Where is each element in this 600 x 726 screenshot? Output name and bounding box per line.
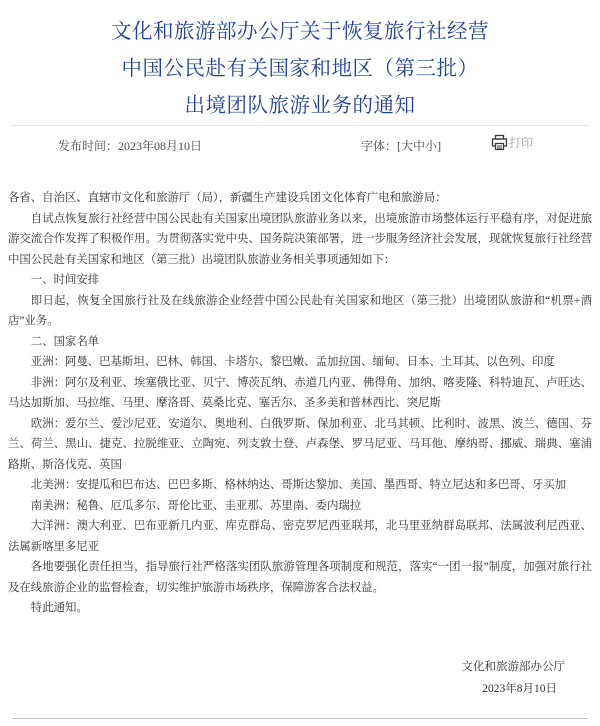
publish-time-label: 发布时间： (58, 139, 118, 153)
publish-time: 发布时间：2023年08月10日 (58, 137, 202, 154)
title-line-1: 文化和旅游部办公厅关于恢复旅行社经营 (0, 14, 600, 51)
font-size-medium-link[interactable]: 中 (413, 139, 425, 153)
closing-line: 特此通知。 (8, 598, 592, 619)
country-list-africa: 非洲：阿尔及利亚、埃塞俄比亚、贝宁、博茨瓦纳、赤道几内亚、佛得角、加纳、喀麦隆、… (8, 373, 592, 414)
print-button-label: 打印 (509, 134, 533, 151)
bottom-divider (12, 718, 588, 719)
print-button[interactable]: 打印 (491, 134, 533, 151)
font-size-small-link[interactable]: 小 (425, 139, 437, 153)
paragraph-requirements: 各地要强化责任担当，指导旅行社严格落实团队旅游管理各项制度和规范，落实“一团一报… (8, 557, 592, 598)
paragraph-intro: 自试点恢复旅行社经营中国公民赴有关国家出境团队旅游业务以来，出境旅游市场整体运行… (8, 209, 592, 271)
signature-date: 2023年8月10日 (0, 678, 600, 700)
publish-time-value: 2023年08月10日 (118, 139, 202, 153)
printer-icon (491, 134, 508, 151)
country-list-oceania: 大洋洲：澳大利亚、巴布亚新几内亚、库克群岛、密克罗尼西亚联邦，北马里亚纳群岛联邦… (8, 516, 592, 557)
section-1-heading: 一、时间安排 (8, 270, 592, 291)
section-2-heading: 二、国家名单 (8, 332, 592, 353)
font-size-label: 字体： (361, 139, 397, 153)
font-size-bracket-close: ] (437, 139, 441, 153)
country-list-europe: 欧洲：爱尔兰、爱沙尼亚、安道尔、奥地利、白俄罗斯、保加利亚、北马其顿、比利时、波… (8, 414, 592, 476)
country-list-south-america: 南美洲：秘鲁、厄瓜多尔、哥伦比亚、圭亚那、苏里南、委内瑞拉 (8, 496, 592, 517)
page-title: 文化和旅游部办公厅关于恢复旅行社经营 中国公民赴有关国家和地区（第三批） 出境团… (0, 0, 600, 125)
font-size-control: 字体：[大中小] (361, 137, 441, 154)
section-1-text: 即日起，恢复全国旅行社及在线旅游企业经营中国公民赴有关国家和地区（第三批）出境团… (8, 291, 592, 332)
country-list-asia: 亚洲：阿曼、巴基斯坦、巴林、韩国、卡塔尔、黎巴嫩、孟加拉国、缅甸、日本、土耳其、… (8, 352, 592, 373)
meta-bar: 发布时间：2023年08月10日 字体：[大中小] 打印 (0, 126, 600, 166)
title-line-2: 中国公民赴有关国家和地区（第三批） (0, 51, 600, 88)
country-list-north-america: 北美洲：安提瓜和巴布达、巴巴多斯、格林纳达、哥斯达黎加、美国、墨西哥、特立尼达和… (8, 475, 592, 496)
notice-body: 各省、自治区、直辖市文化和旅游厅（局），新疆生产建设兵团文化体育广电和旅游局： … (8, 188, 592, 619)
salutation: 各省、自治区、直辖市文化和旅游厅（局），新疆生产建设兵团文化体育广电和旅游局： (8, 188, 592, 209)
title-line-3: 出境团队旅游业务的通知 (0, 88, 600, 125)
font-size-large-link[interactable]: 大 (401, 139, 413, 153)
signature-org: 文化和旅游部办公厅 (0, 656, 600, 678)
notice-page: 文化和旅游部办公厅关于恢复旅行社经营 中国公民赴有关国家和地区（第三批） 出境团… (0, 0, 600, 726)
signature-block: 文化和旅游部办公厅 2023年8月10日 (0, 656, 600, 700)
